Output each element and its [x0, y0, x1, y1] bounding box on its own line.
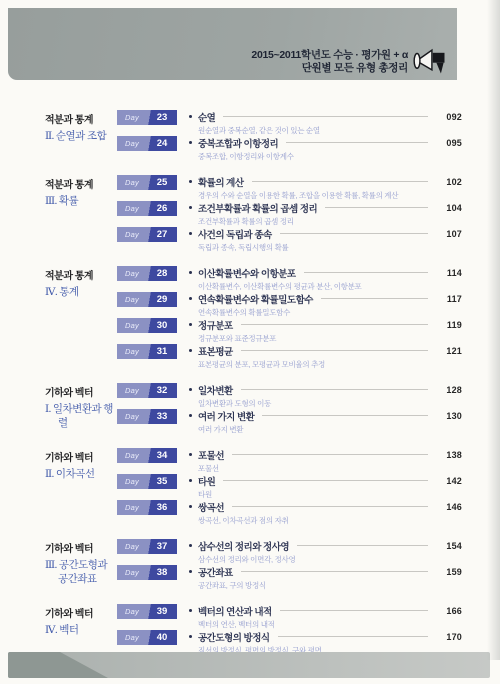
section-rows: Day 25 확률의 계산 102 경우의 수와 순열을 이용한 확률, 조합을…	[117, 175, 462, 253]
toc-entry: 정규분포 119 정규분포와 표준정규분포	[189, 318, 462, 344]
day-badge-number: 35	[147, 476, 177, 487]
day-badge-number: 31	[147, 346, 177, 357]
day-badge-number: 34	[147, 450, 177, 461]
table-of-contents: 적분과 통계 Ⅱ. 순열과 조합 Day 23 순열 092 원순열과 중복순열…	[45, 110, 462, 669]
day-badge: Day 38	[117, 565, 177, 580]
day-badge: Day 40	[117, 630, 177, 645]
section-subcategory: Ⅳ. 벡터	[45, 624, 117, 638]
day-badge-label: Day	[117, 568, 147, 577]
entry-title: 일차변환	[189, 383, 233, 397]
section-rows: Day 32 일차변환 128 일차변환과 도형의 이동 Day 33 여러 가…	[117, 383, 462, 435]
toc-entry: 표본평균 121 표본평균의 분포, 모평균과 모비율의 추정	[189, 344, 462, 370]
entry-page-number: 166	[436, 606, 462, 616]
day-badge-label: Day	[117, 633, 147, 642]
day-badge: Day 31	[117, 344, 177, 359]
entry-page-number: 130	[436, 411, 462, 421]
entry-title: 벡터의 연산과 내적	[189, 604, 272, 618]
entry-page-number: 117	[436, 294, 462, 304]
leader-line	[280, 233, 428, 234]
section-rows: Day 34 포물선 138 포물선 Day 35 타원 142 타원	[117, 448, 462, 526]
section-header: 기하와 벡터 Ⅱ. 이차곡선	[45, 448, 117, 526]
entry-page-number: 154	[436, 541, 462, 551]
day-badge-number: 39	[147, 606, 177, 617]
entry-title: 정규분포	[189, 318, 233, 332]
banner-line1: 2015~2011학년도 수능 · 평가원 + α	[251, 49, 408, 62]
day-badge: Day 32	[117, 383, 177, 398]
toc-entry: 확률의 계산 102 경우의 수와 순열을 이용한 확률, 조합을 이용한 확률…	[189, 175, 462, 201]
toc-entry: 포물선 138 포물선	[189, 448, 462, 474]
entry-title-line: 사건의 독립과 종속 107	[189, 227, 462, 240]
day-badge-label: Day	[117, 230, 147, 239]
toc-row: Day 37 삼수선의 정리와 정사영 154 삼수선의 정리와 이면각, 정사…	[117, 539, 462, 565]
entry-page-number: 114	[436, 268, 462, 278]
day-badge-number: 37	[147, 541, 177, 552]
day-badge-label: Day	[117, 347, 147, 356]
day-badge-label: Day	[117, 113, 147, 122]
section-header: 기하와 벡터 Ⅰ. 일차변환과 행렬	[45, 383, 117, 435]
toc-row: Day 32 일차변환 128 일차변환과 도형의 이동	[117, 383, 462, 409]
section-subcategory: Ⅲ. 공간도형과 공간좌표	[45, 559, 117, 587]
entry-title: 표본평균	[189, 344, 233, 358]
day-badge: Day 39	[117, 604, 177, 619]
day-badge-label: Day	[117, 269, 147, 278]
entry-page-number: 095	[436, 138, 462, 148]
entry-title-line: 표본평균 121	[189, 344, 462, 357]
toc-entry: 사건의 독립과 종속 107 독립과 종속, 독립시행의 확률	[189, 227, 462, 253]
section-category: 적분과 통계	[45, 267, 117, 282]
day-badge-label: Day	[117, 503, 147, 512]
toc-row: Day 36 쌍곡선 146 쌍곡선, 이차곡선과 점의 자취	[117, 500, 462, 526]
section-header: 적분과 통계 Ⅳ. 통계	[45, 266, 117, 370]
entry-title-line: 조건부확률과 확률의 곱셈 정리 104	[189, 201, 462, 214]
section-subcategory: Ⅳ. 통계	[45, 286, 117, 300]
day-badge: Day 23	[117, 110, 177, 125]
toc-entry: 일차변환 128 일차변환과 도형의 이동	[189, 383, 462, 409]
entry-title: 조건부확률과 확률의 곱셈 정리	[189, 201, 317, 215]
entry-subtitle: 공간좌표, 구의 방정식	[198, 580, 462, 591]
leader-line	[304, 272, 428, 273]
day-badge: Day 34	[117, 448, 177, 463]
section-subcategory: Ⅱ. 이차곡선	[45, 468, 117, 482]
toc-entry: 이산확률변수와 이항분포 114 이산확률변수, 이산확률변수의 평균과 분산,…	[189, 266, 462, 292]
toc-entry: 여러 가지 변환 130 여러 가지 변환	[189, 409, 462, 435]
entry-title: 사건의 독립과 종속	[189, 227, 272, 241]
day-badge: Day 29	[117, 292, 177, 307]
entry-title: 순열	[189, 110, 215, 124]
entry-title: 여러 가지 변환	[189, 409, 254, 423]
day-badge: Day 33	[117, 409, 177, 424]
day-badge-number: 30	[147, 320, 177, 331]
day-badge-number: 24	[147, 138, 177, 149]
leader-line	[297, 545, 428, 546]
leader-line	[223, 116, 428, 117]
entry-page-number: 159	[436, 567, 462, 577]
entry-page-number: 102	[436, 177, 462, 187]
toc-section: 적분과 통계 Ⅲ. 확률 Day 25 확률의 계산 102 경우의 수와 순열…	[45, 175, 462, 253]
toc-entry: 조건부확률과 확률의 곱셈 정리 104 조건부확률과 확률의 곱셈 정리	[189, 201, 462, 227]
toc-section: 기하와 벡터 Ⅰ. 일차변환과 행렬 Day 32 일차변환 128 일차변환과…	[45, 383, 462, 435]
section-category: 적분과 통계	[45, 176, 117, 191]
entry-title-line: 삼수선의 정리와 정사영 154	[189, 539, 462, 552]
entry-title: 확률의 계산	[189, 175, 244, 189]
day-badge-number: 36	[147, 502, 177, 513]
toc-section: 적분과 통계 Ⅳ. 통계 Day 28 이산확률변수와 이항분포 114 이산확…	[45, 266, 462, 370]
entry-subtitle: 벡터의 연산, 벡터의 내적	[198, 619, 462, 630]
toc-row: Day 28 이산확률변수와 이항분포 114 이산확률변수, 이산확률변수의 …	[117, 266, 462, 292]
section-header: 기하와 벡터 Ⅳ. 벡터	[45, 604, 117, 656]
entry-title: 쌍곡선	[189, 500, 224, 514]
entry-subtitle: 경우의 수와 순열을 이용한 확률, 조합을 이용한 확률, 확률의 계산	[198, 190, 462, 201]
leader-line	[241, 389, 428, 390]
day-badge: Day 37	[117, 539, 177, 554]
leader-line	[278, 636, 428, 637]
entry-title-line: 공간좌표 159	[189, 565, 462, 578]
day-badge: Day 25	[117, 175, 177, 190]
day-badge-label: Day	[117, 204, 147, 213]
entry-title: 이산확률변수와 이항분포	[189, 266, 296, 280]
entry-title-line: 여러 가지 변환 130	[189, 409, 462, 422]
entry-title-line: 순열 092	[189, 110, 462, 123]
entry-subtitle: 독립과 종속, 독립시행의 확률	[198, 242, 462, 253]
day-badge-label: Day	[117, 139, 147, 148]
section-subcategory: Ⅲ. 확률	[45, 195, 117, 209]
section-category: 기하와 벡터	[45, 384, 117, 399]
entry-title: 타원	[189, 474, 215, 488]
leader-line	[321, 298, 428, 299]
leader-line	[252, 181, 428, 182]
toc-row: Day 23 순열 092 원순열과 중복순열, 같은 것이 있는 순열	[117, 110, 462, 136]
day-badge-number: 29	[147, 294, 177, 305]
day-badge-label: Day	[117, 295, 147, 304]
entry-subtitle: 중복조합, 이항정리와 이항계수	[198, 151, 462, 162]
section-category: 기하와 벡터	[45, 540, 117, 555]
leader-line	[325, 207, 428, 208]
toc-entry: 순열 092 원순열과 중복순열, 같은 것이 있는 순열	[189, 110, 462, 136]
day-badge-number: 40	[147, 632, 177, 643]
banner-text: 2015~2011학년도 수능 · 평가원 + α 단원별 모든 유형 총정리	[251, 49, 408, 75]
toc-row: Day 38 공간좌표 159 공간좌표, 구의 방정식	[117, 565, 462, 591]
entry-title-line: 중복조합과 이항정리 095	[189, 136, 462, 149]
leader-line	[241, 324, 428, 325]
day-badge-label: Day	[117, 412, 147, 421]
entry-page-number: 119	[436, 320, 462, 330]
toc-entry: 연속확률변수와 확률밀도함수 117 연속확률변수의 확률밀도함수	[189, 292, 462, 318]
entry-title-line: 일차변환 128	[189, 383, 462, 396]
leader-line	[232, 506, 428, 507]
leader-line	[262, 415, 428, 416]
toc-entry: 중복조합과 이항정리 095 중복조합, 이항정리와 이항계수	[189, 136, 462, 162]
day-badge: Day 35	[117, 474, 177, 489]
leader-line	[280, 610, 428, 611]
day-badge-number: 27	[147, 229, 177, 240]
entry-title-line: 쌍곡선 146	[189, 500, 462, 513]
section-header: 적분과 통계 Ⅱ. 순열과 조합	[45, 110, 117, 162]
entry-subtitle: 일차변환과 도형의 이동	[198, 398, 462, 409]
toc-entry: 삼수선의 정리와 정사영 154 삼수선의 정리와 이면각, 정사영	[189, 539, 462, 565]
toc-row: Day 24 중복조합과 이항정리 095 중복조합, 이항정리와 이항계수	[117, 136, 462, 162]
entry-subtitle: 연속확률변수의 확률밀도함수	[198, 307, 462, 318]
entry-title-line: 공간도형의 방정식 170	[189, 630, 462, 643]
toc-row: Day 25 확률의 계산 102 경우의 수와 순열을 이용한 확률, 조합을…	[117, 175, 462, 201]
entry-page-number: 170	[436, 632, 462, 642]
entry-title-line: 이산확률변수와 이항분포 114	[189, 266, 462, 279]
toc-row: Day 33 여러 가지 변환 130 여러 가지 변환	[117, 409, 462, 435]
entry-title-line: 벡터의 연산과 내적 166	[189, 604, 462, 617]
entry-title-line: 정규분포 119	[189, 318, 462, 331]
entry-title-line: 타원 142	[189, 474, 462, 487]
header-banner: 2015~2011학년도 수능 · 평가원 + α 단원별 모든 유형 총정리	[8, 8, 457, 80]
entry-title: 연속확률변수와 확률밀도함수	[189, 292, 313, 306]
day-badge: Day 27	[117, 227, 177, 242]
leader-line	[241, 350, 428, 351]
toc-row: Day 30 정규분포 119 정규분포와 표준정규분포	[117, 318, 462, 344]
entry-subtitle: 이산확률변수, 이산확률변수의 평균과 분산, 이항분포	[198, 281, 462, 292]
section-category: 기하와 벡터	[45, 449, 117, 464]
toc-entry: 공간좌표 159 공간좌표, 구의 방정식	[189, 565, 462, 591]
section-rows: Day 23 순열 092 원순열과 중복순열, 같은 것이 있는 순열 Day…	[117, 110, 462, 162]
day-badge-number: 28	[147, 268, 177, 279]
section-rows: Day 28 이산확률변수와 이항분포 114 이산확률변수, 이산확률변수의 …	[117, 266, 462, 370]
day-badge-label: Day	[117, 178, 147, 187]
entry-title: 공간도형의 방정식	[189, 630, 270, 644]
leader-line	[232, 454, 428, 455]
day-badge: Day 24	[117, 136, 177, 151]
entry-subtitle: 여러 가지 변환	[198, 424, 462, 435]
day-badge-label: Day	[117, 321, 147, 330]
entry-subtitle: 쌍곡선, 이차곡선과 점의 자취	[198, 515, 462, 526]
entry-title-line: 연속확률변수와 확률밀도함수 117	[189, 292, 462, 305]
entry-subtitle: 원순열과 중복순열, 같은 것이 있는 순열	[198, 125, 462, 136]
day-badge-number: 23	[147, 112, 177, 123]
toc-row: Day 27 사건의 독립과 종속 107 독립과 종속, 독립시행의 확률	[117, 227, 462, 253]
page-edge-shadow	[487, 0, 500, 660]
entry-page-number: 092	[436, 112, 462, 122]
toc-entry: 타원 142 타원	[189, 474, 462, 500]
day-badge-label: Day	[117, 607, 147, 616]
section-subcategory: Ⅰ. 일차변환과 행렬	[45, 403, 117, 431]
day-badge-label: Day	[117, 477, 147, 486]
toc-row: Day 29 연속확률변수와 확률밀도함수 117 연속확률변수의 확률밀도함수	[117, 292, 462, 318]
bottom-edge-bar	[8, 652, 490, 678]
entry-title: 포물선	[189, 448, 224, 462]
toc-section: 기하와 벡터 Ⅲ. 공간도형과 공간좌표 Day 37 삼수선의 정리와 정사영…	[45, 539, 462, 591]
day-badge: Day 28	[117, 266, 177, 281]
day-badge-label: Day	[117, 386, 147, 395]
day-badge: Day 30	[117, 318, 177, 333]
entry-page-number: 121	[436, 346, 462, 356]
banner-line2: 단원별 모든 유형 총정리	[251, 62, 408, 75]
entry-page-number: 138	[436, 450, 462, 460]
entry-page-number: 107	[436, 229, 462, 239]
section-subcategory: Ⅱ. 순열과 조합	[45, 130, 117, 144]
bottom-edge-wedge	[8, 652, 108, 678]
section-category: 기하와 벡터	[45, 605, 117, 620]
toc-row: Day 26 조건부확률과 확률의 곱셈 정리 104 조건부확률과 확률의 곱…	[117, 201, 462, 227]
toc-row: Day 39 벡터의 연산과 내적 166 벡터의 연산, 벡터의 내적	[117, 604, 462, 630]
entry-title-line: 확률의 계산 102	[189, 175, 462, 188]
leader-line	[223, 480, 428, 481]
day-badge-label: Day	[117, 542, 147, 551]
leader-line	[286, 142, 428, 143]
entry-title: 공간좌표	[189, 565, 233, 579]
leader-line	[241, 571, 428, 572]
entry-subtitle: 조건부확률과 확률의 곱셈 정리	[198, 216, 462, 227]
section-rows: Day 37 삼수선의 정리와 정사영 154 삼수선의 정리와 이면각, 정사…	[117, 539, 462, 591]
section-rows: Day 39 벡터의 연산과 내적 166 벡터의 연산, 벡터의 내적 Day…	[117, 604, 462, 656]
section-header: 기하와 벡터 Ⅲ. 공간도형과 공간좌표	[45, 539, 117, 591]
entry-page-number: 104	[436, 203, 462, 213]
section-category: 적분과 통계	[45, 111, 117, 126]
section-header: 적분과 통계 Ⅲ. 확률	[45, 175, 117, 253]
toc-row: Day 31 표본평균 121 표본평균의 분포, 모평균과 모비율의 추정	[117, 344, 462, 370]
toc-section: 적분과 통계 Ⅱ. 순열과 조합 Day 23 순열 092 원순열과 중복순열…	[45, 110, 462, 162]
day-badge-label: Day	[117, 451, 147, 460]
entry-page-number: 146	[436, 502, 462, 512]
toc-entry: 벡터의 연산과 내적 166 벡터의 연산, 벡터의 내적	[189, 604, 462, 630]
toc-row: Day 34 포물선 138 포물선	[117, 448, 462, 474]
entry-page-number: 142	[436, 476, 462, 486]
entry-subtitle: 포물선	[198, 463, 462, 474]
entry-subtitle: 표본평균의 분포, 모평균과 모비율의 추정	[198, 359, 462, 370]
entry-page-number: 128	[436, 385, 462, 395]
entry-subtitle: 정규분포와 표준정규분포	[198, 333, 462, 344]
toc-section: 기하와 벡터 Ⅳ. 벡터 Day 39 벡터의 연산과 내적 166 벡터의 연…	[45, 604, 462, 656]
entry-title-line: 포물선 138	[189, 448, 462, 461]
entry-title: 삼수선의 정리와 정사영	[189, 539, 289, 553]
day-badge-number: 32	[147, 385, 177, 396]
entry-subtitle: 타원	[198, 489, 462, 500]
day-badge-number: 38	[147, 567, 177, 578]
toc-row: Day 35 타원 142 타원	[117, 474, 462, 500]
day-badge-number: 26	[147, 203, 177, 214]
day-badge: Day 36	[117, 500, 177, 515]
entry-title: 중복조합과 이항정리	[189, 136, 278, 150]
toc-entry: 쌍곡선 146 쌍곡선, 이차곡선과 점의 자취	[189, 500, 462, 526]
megaphone-icon	[413, 45, 449, 75]
entry-subtitle: 삼수선의 정리와 이면각, 정사영	[198, 554, 462, 565]
day-badge-number: 25	[147, 177, 177, 188]
day-badge: Day 26	[117, 201, 177, 216]
toc-section: 기하와 벡터 Ⅱ. 이차곡선 Day 34 포물선 138 포물선 Day 35…	[45, 448, 462, 526]
day-badge-number: 33	[147, 411, 177, 422]
